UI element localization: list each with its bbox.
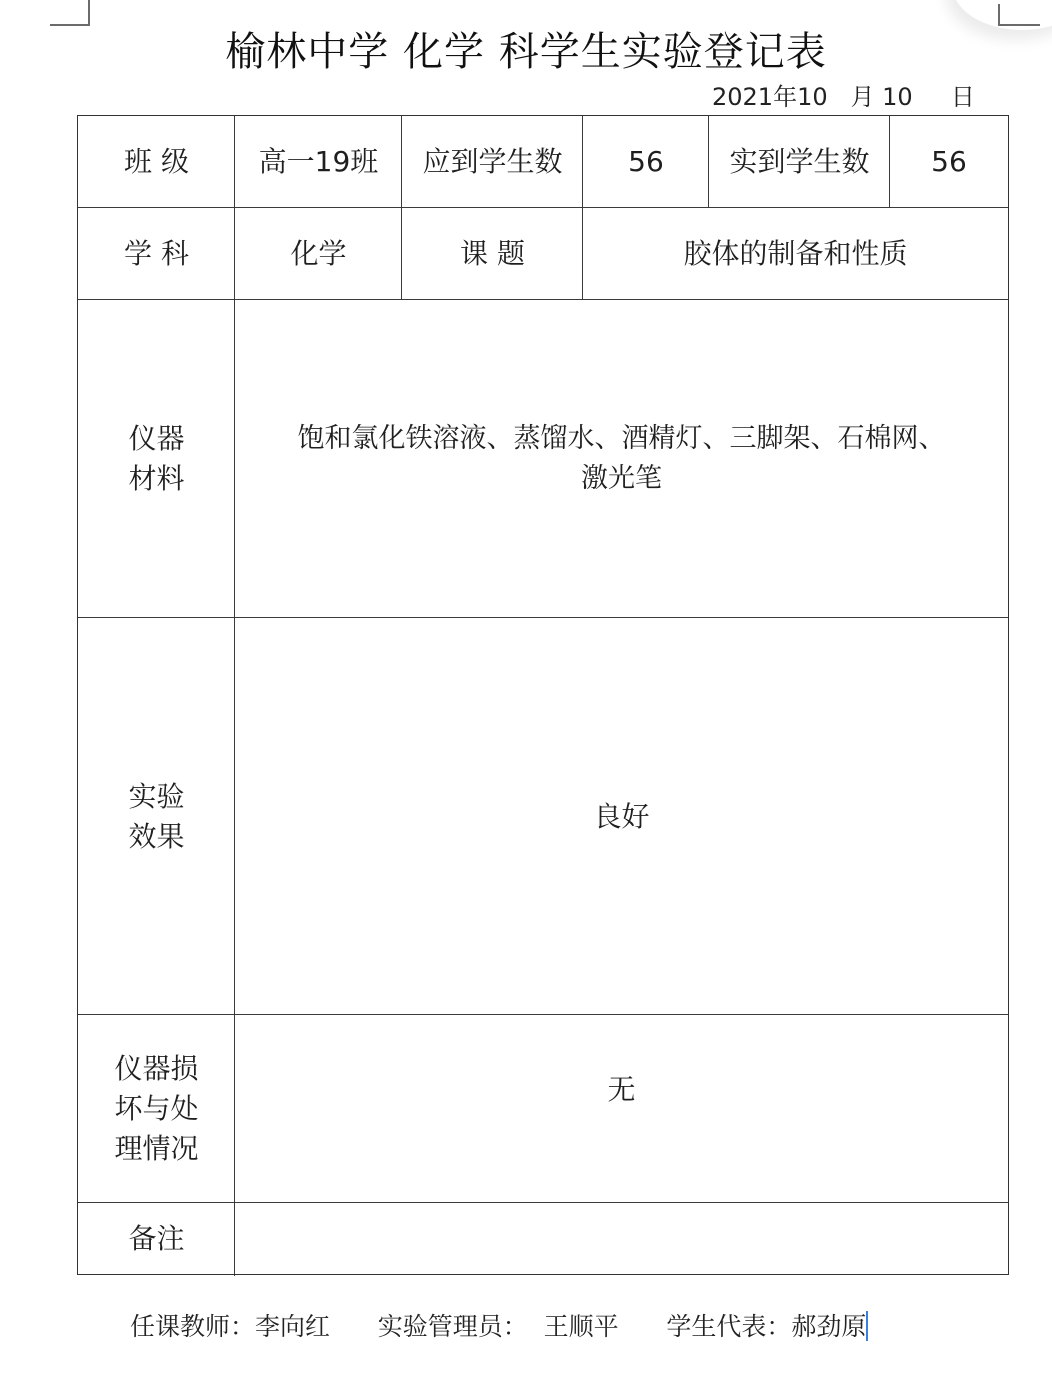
materials-label-line2: 材料 <box>128 459 184 499</box>
subject-label: 学 科 <box>78 208 235 300</box>
actual-students-label: 实到学生数 <box>709 116 890 208</box>
subject-value[interactable]: 化学 <box>235 208 402 300</box>
expected-students-value[interactable]: 56 <box>583 116 709 208</box>
text-cursor <box>866 1311 868 1341</box>
signature-line: 任课教师：李向红 实验管理员： 王顺平 学生代表：郝劲原 <box>130 1309 868 1345</box>
student-rep-name[interactable]: 郝劲原 <box>791 1312 866 1341</box>
materials-value[interactable]: 饱和氯化铁溶液、蒸馏水、酒精灯、三脚架、石棉网、 激光笔 <box>235 300 1008 618</box>
result-value[interactable]: 良好 <box>235 618 1008 1015</box>
crop-mark-top-right <box>998 4 1040 26</box>
remarks-value[interactable] <box>235 1203 1008 1275</box>
topic-value[interactable]: 胶体的制备和性质 <box>583 208 1008 300</box>
materials-value-line2: 激光笔 <box>581 459 662 499</box>
result-label-line2: 效果 <box>128 817 184 857</box>
expected-students-label: 应到学生数 <box>402 116 583 208</box>
student-rep-label: 学生代表： <box>666 1312 791 1341</box>
damage-value[interactable]: 无 <box>235 1015 1008 1165</box>
damage-label: 仪器损 坏与处 理情况 <box>78 1015 235 1203</box>
document-title: 榆林中学 化学 科学生实验登记表 <box>0 26 1052 78</box>
result-label-line1: 实验 <box>128 777 184 817</box>
teacher-name[interactable]: 李向红 <box>255 1312 330 1341</box>
admin-label: 实验管理员： <box>378 1312 528 1341</box>
materials-label: 仪器 材料 <box>78 300 235 618</box>
registration-table: 班 级 高一19班 应到学生数 56 实到学生数 56 学 科 化学 课 题 胶… <box>77 115 1009 1275</box>
damage-label-line1: 仪器损 <box>114 1049 198 1089</box>
document-date: 2021年10 月 10 日 <box>712 82 975 112</box>
admin-name[interactable]: 王顺平 <box>544 1312 619 1341</box>
crop-mark-top-left <box>50 0 90 26</box>
class-value[interactable]: 高一19班 <box>235 116 402 208</box>
materials-value-line1: 饱和氯化铁溶液、蒸馏水、酒精灯、三脚架、石棉网、 <box>298 419 946 459</box>
materials-label-line1: 仪器 <box>128 419 184 459</box>
damage-label-line2: 坏与处 <box>114 1089 198 1129</box>
teacher-label: 任课教师： <box>130 1312 255 1341</box>
remarks-label: 备注 <box>78 1203 235 1275</box>
topic-label: 课 题 <box>402 208 583 300</box>
result-label: 实验 效果 <box>78 618 235 1015</box>
actual-students-value[interactable]: 56 <box>890 116 1008 208</box>
class-label: 班 级 <box>78 116 235 208</box>
damage-label-line3: 理情况 <box>114 1129 198 1169</box>
